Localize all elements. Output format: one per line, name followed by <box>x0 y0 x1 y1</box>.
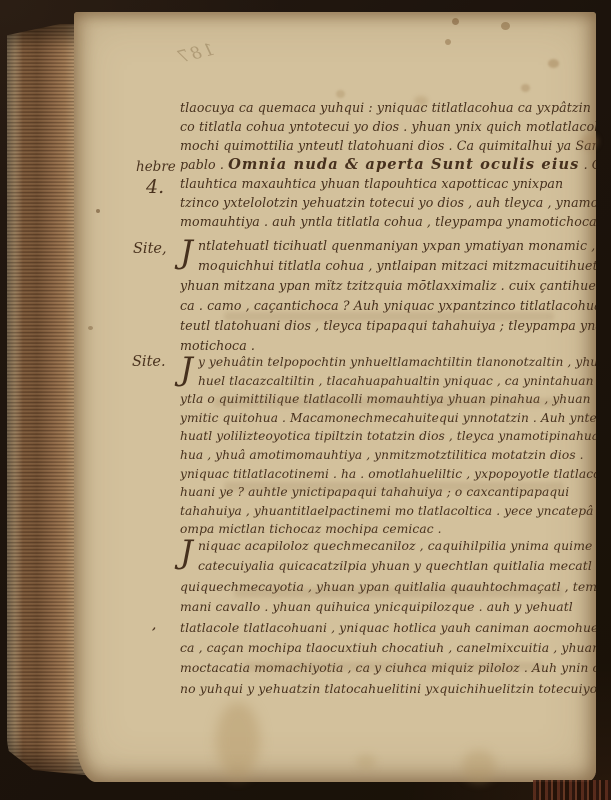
latin-quote: Omnia nuda & aperta Sunt oculis eius <box>228 156 579 173</box>
text-line: mani cavallo . yhuan quihuica ynicquipil… <box>180 597 596 617</box>
text-line: mochi quimottilia ynteutl tlatohuani dio… <box>180 136 596 155</box>
drop-cap-initial: J <box>180 534 198 572</box>
text-line: yhuan mitzana ypan mïtz tzitzquia mōtlax… <box>180 276 596 296</box>
showthrough-folio-number: 187 <box>174 40 216 69</box>
foxing-spot <box>96 209 100 213</box>
foxing-spot <box>336 90 345 98</box>
showthrough-text-smudge <box>214 398 564 407</box>
text-line: co titlatla cohua yntotecui yo dios . yh… <box>180 117 596 136</box>
latin-quote-prefix: pablo . <box>180 157 228 172</box>
foxing-spot <box>445 39 451 45</box>
foxing-spot <box>580 134 598 149</box>
text-line: ymitic quitohua . Macamonechmecahuitequi… <box>180 409 596 428</box>
margin-note-site-2: Site. <box>132 354 166 370</box>
stray-ink-mark: ’ <box>147 624 157 643</box>
book-photo: 187 hebre 4. Site, Site. ’ tlaocuya ca q… <box>0 0 611 800</box>
foxing-spot <box>521 84 530 92</box>
text-line: niquac acapiloloz quechmecaniloz , caqui… <box>198 536 596 556</box>
text-line: tahahuiya , yhuantitlaelpactinemi mo tla… <box>180 502 596 521</box>
text-line: tlatlacole tlatlacohuani , yniquac hotli… <box>180 618 596 638</box>
paragraph-3: J y yehuâtin telpopochtin ynhueltlamacht… <box>180 353 596 539</box>
text-line: y yehuâtin telpopochtin ynhueltlamachtil… <box>198 353 596 372</box>
text-line: tzinco yxtelolotzin yehuatzin totecui yo… <box>180 193 596 212</box>
damp-stain <box>216 702 260 778</box>
showthrough-text-smudge <box>244 662 544 671</box>
paragraph-2: J ntlatehuatl ticihuatl quenmaniyan yxpa… <box>180 236 596 356</box>
foxing-spot <box>452 18 459 25</box>
foxing-spot <box>548 59 559 68</box>
text-line: momauhtiya . auh yntla titlatla cohua , … <box>180 212 596 231</box>
manuscript-page: 187 hebre 4. Site, Site. ’ tlaocuya ca q… <box>74 12 596 782</box>
text-line: tlauhtica maxauhtica yhuan tlapouhtica x… <box>180 174 596 193</box>
text-line: ca , caçan mochipa tlaocuxtiuh chocatiuh… <box>180 638 596 658</box>
paragraph-1: tlaocuya ca quemaca yuhqui : yniquac tit… <box>180 98 596 231</box>
text-line-latin-quote: pablo . Omnia nuda & aperta Sunt oculis … <box>180 155 596 174</box>
text-line: huatl yolilizteoyotica tipiltzin totatzi… <box>180 427 596 446</box>
text-line: hua , yhuâ amotimomauhtiya , ynmitzmotzt… <box>180 446 596 465</box>
text-line: no yuhqui y yehuatzin tlatocahuelitini y… <box>180 679 596 699</box>
showthrough-text-smudge <box>224 312 554 321</box>
foxing-spot <box>501 22 510 30</box>
damp-stain <box>462 750 496 782</box>
text-line: catecuiyalia quicacatzilpia yhuan y quec… <box>198 556 596 576</box>
text-line: moquichhui titlatla cohua , yntlaipan mi… <box>198 256 596 276</box>
text-line: tlaocuya ca quemaca yuhqui : yniquac tit… <box>180 98 596 117</box>
drop-cap-initial: J <box>180 234 198 272</box>
showthrough-text-smudge <box>224 482 564 491</box>
drop-cap-initial: J <box>180 351 198 389</box>
foxing-spot <box>414 96 428 106</box>
latin-quote-suffix: . Camochi pe <box>580 157 597 172</box>
margin-note-chapter-4: 4. <box>146 176 164 198</box>
paragraph-4: J niquac acapiloloz quechmecaniloz , caq… <box>180 536 596 699</box>
text-line: ntlatehuatl ticihuatl quenmaniyan yxpan … <box>198 236 596 256</box>
margin-note-site-1: Site, <box>133 241 167 257</box>
text-line: huel tlacazcaltiltin , tlacahuapahualtin… <box>198 372 596 391</box>
margin-note-hebre: hebre <box>136 159 176 175</box>
showthrough-text-smudge <box>234 588 564 597</box>
foxing-spot <box>88 326 93 330</box>
damp-stain <box>356 754 376 770</box>
leather-cover-corner <box>533 780 611 800</box>
text-line: yniquac titlatlacotinemi . ha . omotlahu… <box>180 465 596 484</box>
